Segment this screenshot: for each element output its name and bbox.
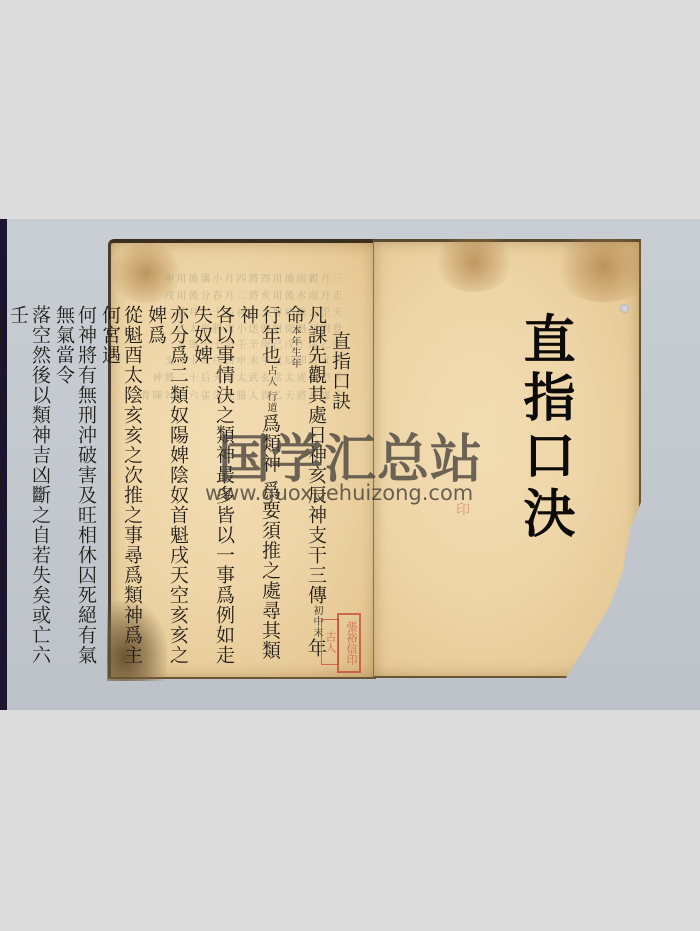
cover-title: 直指口決 (514, 312, 574, 544)
text-column-1: 凡課先觀其處日神亥辰神支干三傳初中末年命本年生年 (283, 305, 327, 665)
right-page: 直指口決 印 (373, 239, 641, 678)
text-column-4: 亦分爲二類奴陽婢陰奴首魁戌天空亥亥之婢爲 (145, 305, 189, 665)
binding-hole (620, 304, 629, 313)
text-column-8: 看日辰同前歲支本年太歲月建本月建辰方位占人來方或用其生方 (0, 305, 5, 665)
open-book: 壬課神將天乙貴人螣蛇朱雀六合勾陳青龍 天空白虎太常玄武太陰天后十二將神 子丑寅卯… (108, 239, 638, 673)
faint-seal-mark: 印 (452, 502, 472, 516)
text-column-3: 各以事情決之類神最多皆以一事爲例如走失奴婢 (191, 305, 235, 665)
text-column-7: 落空然後以類神吉凶斷之自若失矣或亡六壬 (7, 305, 51, 665)
text-column-5: 從魁酉太陰亥亥之次推之事尋爲類神爲主何宮遇 (99, 305, 143, 665)
stain (554, 232, 654, 302)
text-column-2: 行年也占人 行道爲類神 爲要須推之處尋其類神 (237, 305, 281, 665)
left-page: 壬課神將天乙貴人螣蛇朱雀六合勾陳青龍 天空白虎太常玄武太陰天后十二將神 子丑寅卯… (108, 239, 376, 679)
manuscript-columns: 直指口訣 凡課先觀其處日神亥辰神支干三傳初中末年命本年生年 行年也占人 行道爲類… (121, 305, 351, 665)
red-seal-stamp: 張裕信印 (337, 613, 361, 673)
text-column-6: 何神將有無刑沖破害及旺相休囚死絕有氣無氣當令 (53, 305, 97, 665)
binding-hole (586, 644, 595, 653)
stain (434, 232, 514, 292)
scan-area: 壬課神將天乙貴人螣蛇朱雀六合勾陳青龍 天空白虎太常玄武太陰天后十二將神 子丑寅卯… (0, 219, 700, 710)
red-seal-stamp-small: 古人 (321, 619, 339, 665)
